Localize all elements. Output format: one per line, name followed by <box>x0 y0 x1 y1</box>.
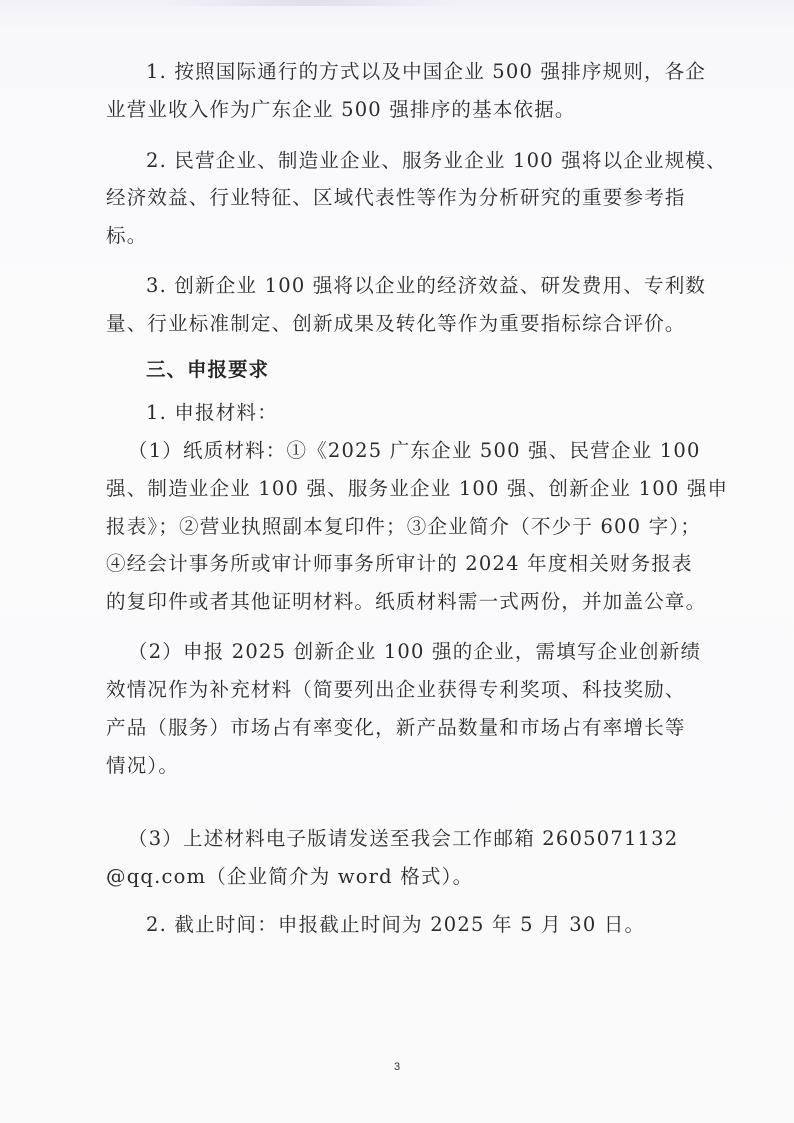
item-innovation-supplement-line-4: 情况）。 <box>106 753 710 779</box>
item-paper-materials-line-1: （1）纸质材料：①《2025 广东企业 500 强、民营企业 100 <box>128 438 732 464</box>
page-number: 3 <box>0 1061 794 1073</box>
item-paper-materials-line-2: 强、制造业企业 100 强、服务业企业 100 强、创新企业 100 强申 <box>106 476 710 502</box>
item-innovation-supplement-line-1: （2）申报 2025 创新企业 100 强的企业，需填写企业创新绩 <box>128 639 732 665</box>
item-email-submission-line-2: @qq.com（企业简介为 word 格式）。 <box>106 864 710 890</box>
item-email-submission-line-1: （3）上述材料电子版请发送至我会工作邮箱 2605071132 <box>128 826 732 852</box>
para-criteria-2-line-2: 经济效益、行业特征、区域代表性等作为分析研究的重要参考指 <box>106 185 710 211</box>
para-criteria-2-line-3: 标。 <box>106 223 710 249</box>
para-criteria-1-line-1: 1. 按照国际通行的方式以及中国企业 500 强排序规则，各企 <box>146 59 750 85</box>
section-heading-requirements: 三、申报要求 <box>146 357 750 383</box>
document-page: 1. 按照国际通行的方式以及中国企业 500 强排序规则，各企 业营业收入作为广… <box>0 0 794 1123</box>
item-innovation-supplement-line-2: 效情况作为补充材料（简要列出企业获得专利奖项、科技奖励、 <box>106 677 710 703</box>
para-criteria-2-line-1: 2. 民营企业、制造业企业、服务业企业 100 强将以企业规模、 <box>146 148 750 174</box>
scan-artifact <box>160 0 460 6</box>
item-innovation-supplement-line-3: 产品（服务）市场占有率变化，新产品数量和市场占有率增长等 <box>106 715 710 741</box>
subsection-deadline: 2. 截止时间：申报截止时间为 2025 年 5 月 30 日。 <box>146 912 750 938</box>
item-paper-materials-line-4: ④经会计事务所或审计师事务所审计的 2024 年度相关财务报表 <box>106 551 710 577</box>
item-paper-materials-line-3: 报表》；②营业执照副本复印件；③企业简介（不少于 600 字）； <box>106 514 710 540</box>
item-paper-materials-line-5: 的复印件或者其他证明材料。纸质材料需一式两份，并加盖公章。 <box>106 589 710 615</box>
para-criteria-3-line-1: 3. 创新企业 100 强将以企业的经济效益、研发费用、专利数 <box>146 273 750 299</box>
subsection-materials: 1. 申报材料： <box>146 400 750 426</box>
para-criteria-1-line-2: 业营业收入作为广东企业 500 强排序的基本依据。 <box>106 97 710 123</box>
para-criteria-3-line-2: 量、行业标准制定、创新成果及转化等作为重要指标综合评价。 <box>106 311 710 337</box>
